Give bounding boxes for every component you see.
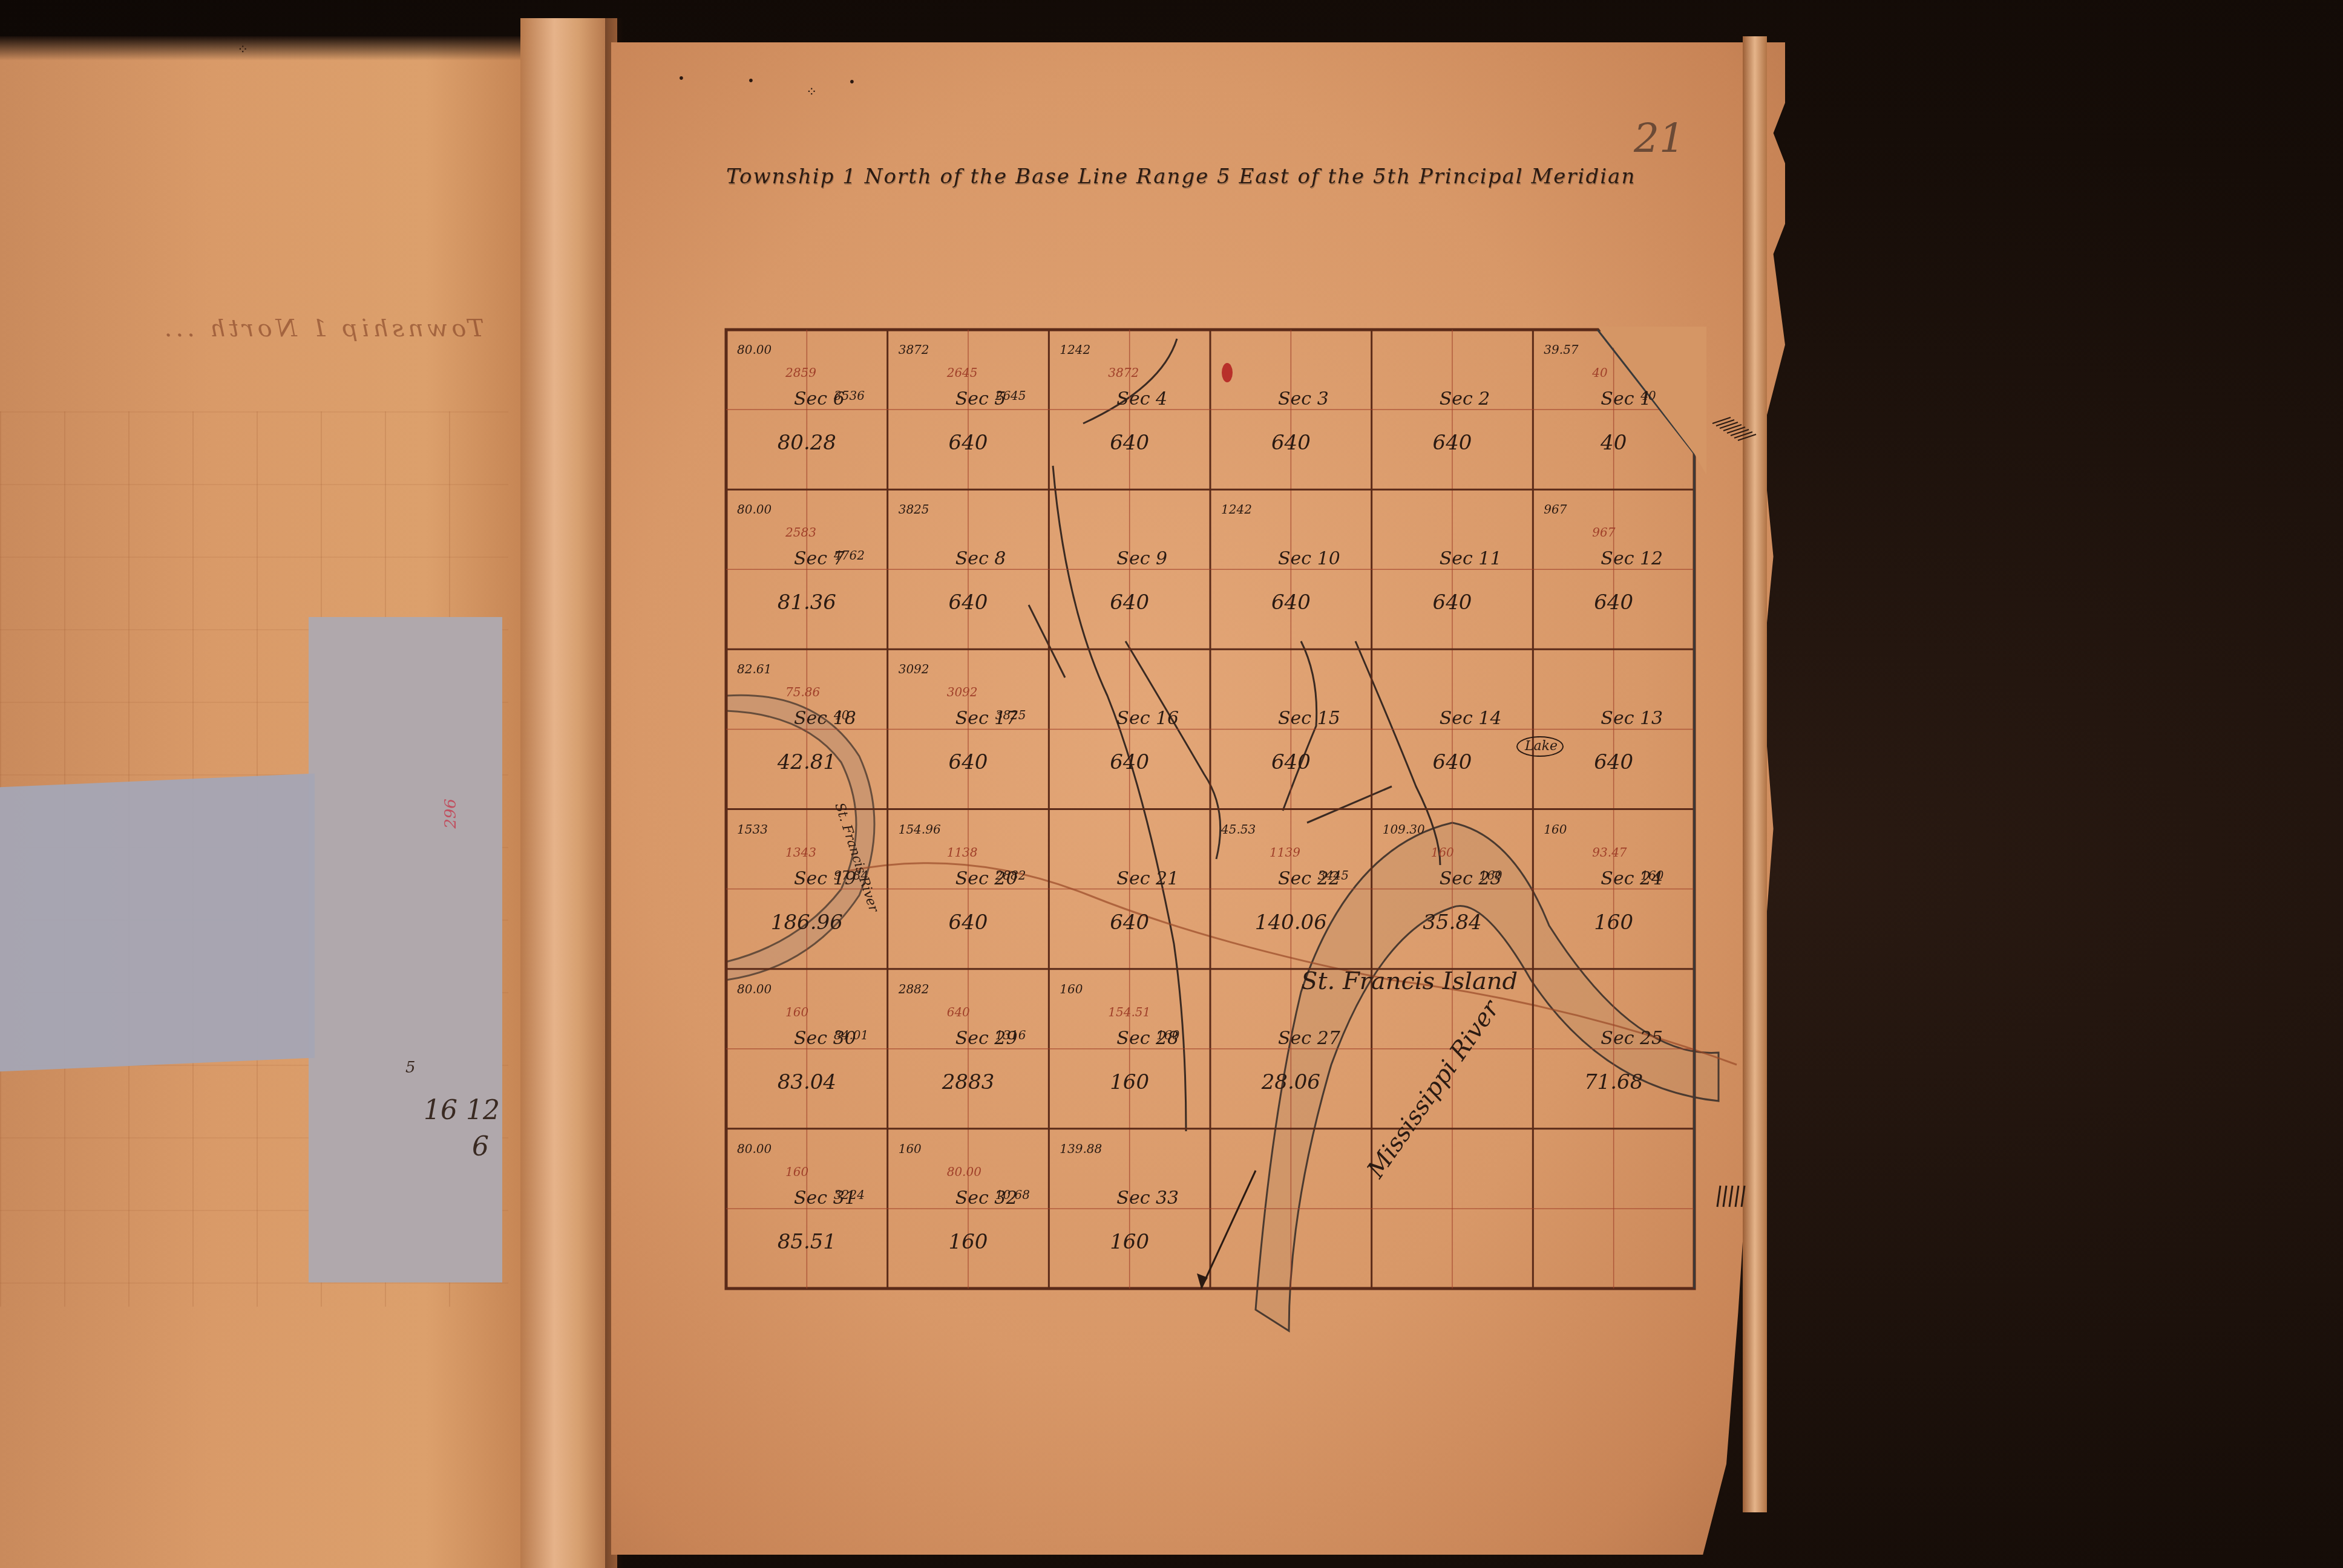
page-edge-stack — [1743, 36, 1767, 1512]
ink-dot: • — [747, 74, 755, 88]
left-page-heading-bleedthrough: Township 1 North ... — [12, 315, 484, 342]
right-page — [611, 42, 1785, 1555]
ink-dots: ⁘ — [237, 42, 248, 57]
ink-dots: ⁘ — [806, 85, 817, 100]
ink-dot: • — [678, 71, 685, 86]
strip-note: 16 12 — [424, 1095, 500, 1126]
page-number: 21 — [1634, 115, 1685, 162]
ink-dot: • — [848, 75, 856, 90]
blue-paper-tape-vertical: 296 5 16 12 6 — [309, 617, 502, 1282]
strip-note: 5 — [405, 1059, 416, 1077]
map-title: Township 1 North of the Base Line Range … — [726, 165, 1646, 189]
strip-note: 6 — [472, 1131, 489, 1162]
blue-paper-tape-horizontal — [0, 774, 315, 1072]
strip-note-red: 296 — [442, 799, 460, 829]
book-gutter — [520, 18, 617, 1568]
